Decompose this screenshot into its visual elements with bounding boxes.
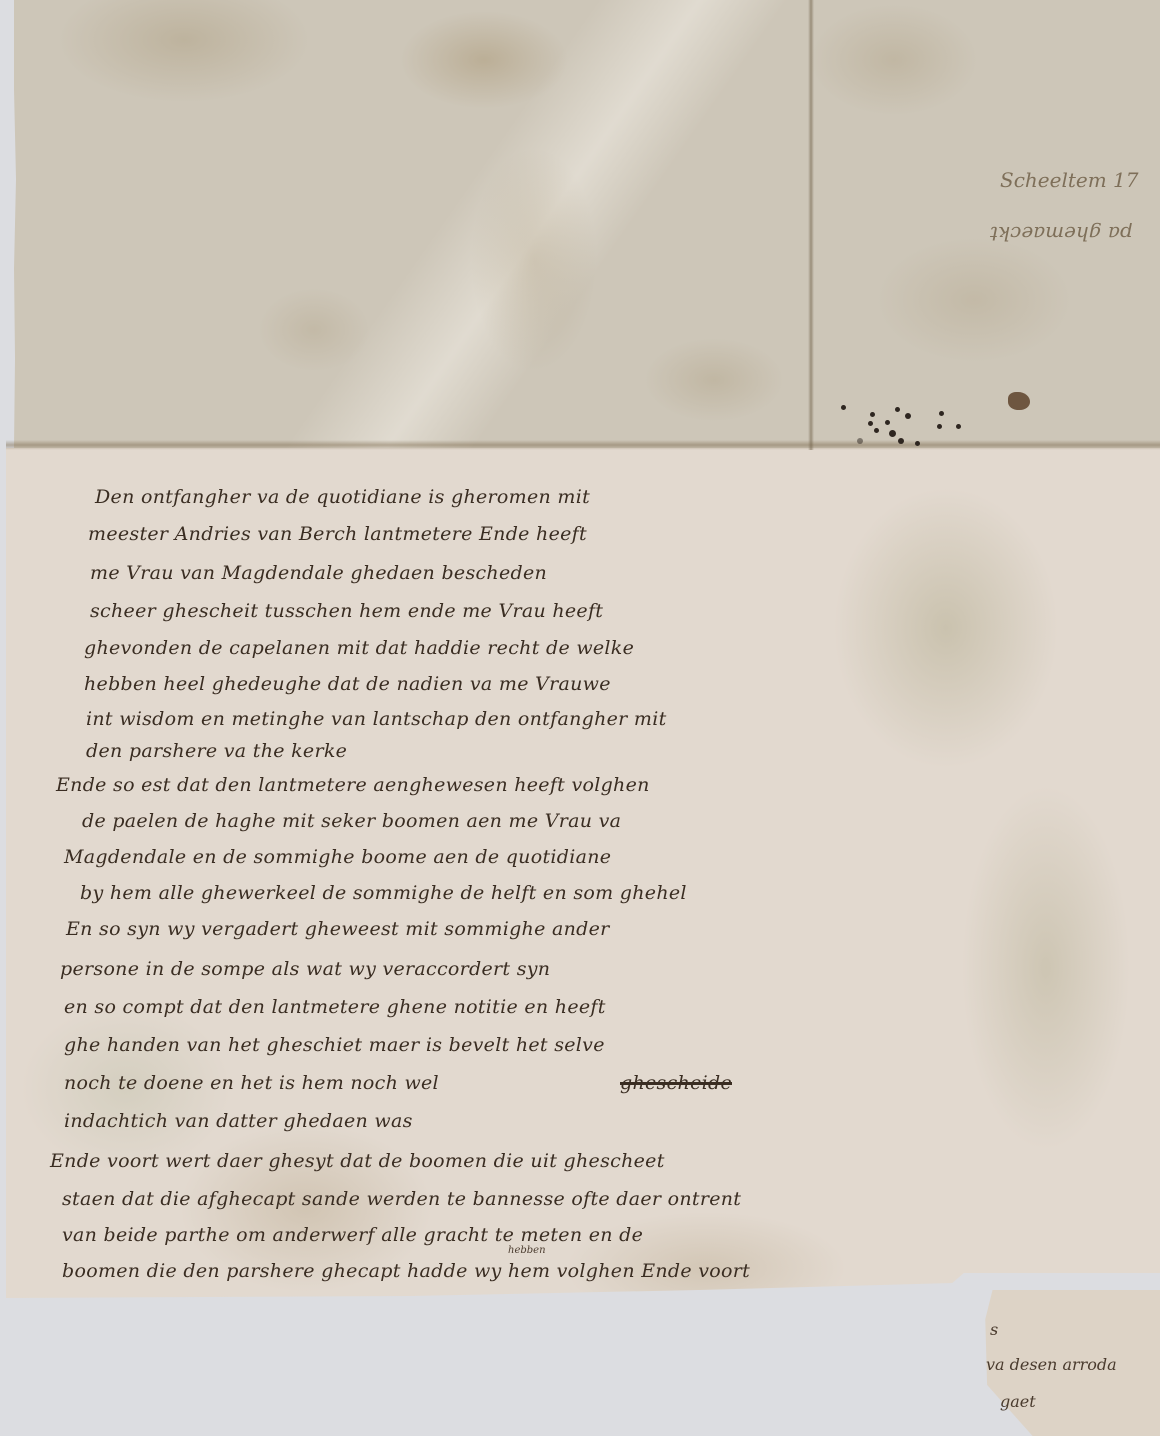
vertical-fold-line: [808, 0, 814, 450]
text-line: Ende so est dat den lantmetere aenghewes…: [56, 774, 650, 796]
text-line: me Vrau van Magdendale ghedaen bescheden: [90, 562, 547, 584]
text-line: Den ontfangher va de quotidiane is ghero…: [95, 486, 590, 508]
text-line: staen dat die afghecapt sande werden te …: [62, 1188, 741, 1210]
text-line: meester Andries van Berch lantmetere End…: [88, 523, 587, 545]
text-line: persone in de sompe als wat wy veraccord…: [60, 958, 550, 980]
text-line: int wisdom en metinghe van lantschap den…: [86, 708, 667, 730]
fragment-line: gaet: [1000, 1392, 1036, 1411]
text-line: Ende voort wert daer ghesyt dat de boome…: [50, 1150, 665, 1172]
manuscript-sheet: Scheeltem 17 pa ghemaeckt Den ontfangher…: [0, 0, 1160, 1436]
text-line: en so compt dat den lantmetere ghene not…: [64, 996, 606, 1018]
text-line: scheer ghescheit tusschen hem ende me Vr…: [90, 600, 603, 622]
brown-stain: [1008, 392, 1030, 410]
struck-word: ghescheide: [620, 1072, 732, 1094]
text-line: de paelen de haghe mit seker boomen aen …: [82, 810, 621, 832]
fragment-line: s: [990, 1320, 998, 1339]
text-line: den parshere va the kerke: [86, 740, 347, 762]
text-line: boomen die den parshere ghecapt hadde wy…: [62, 1260, 750, 1282]
text-line: Magdendale en de sommighe boome aen de q…: [64, 846, 611, 868]
text-line: En so syn wy vergadert gheweest mit somm…: [66, 918, 610, 940]
archival-annotation-line1: Scheeltem 17: [1000, 168, 1139, 192]
parchment-upper-panel: [14, 0, 1160, 448]
text-line: noch te doene en het is hem noch wel: [64, 1072, 439, 1094]
archival-annotation-line2: pa ghemaeckt: [990, 222, 1133, 246]
text-line: indachtich van datter ghedaen was: [64, 1110, 413, 1132]
text-line: ghe handen van het gheschiet maer is bev…: [64, 1034, 605, 1056]
text-line: by hem alle ghewerkeel de sommighe de he…: [80, 882, 687, 904]
text-line: hebben heel ghedeughe dat de nadien va m…: [84, 673, 611, 695]
text-line: van beide parthe om anderwerf alle grach…: [62, 1224, 643, 1246]
fragment-line: va desen arroda: [986, 1355, 1117, 1374]
horizontal-fold-line: [6, 440, 1160, 450]
text-line: ghevonden de capelanen mit dat haddie re…: [84, 637, 634, 659]
interlinear-insertion: hebben: [508, 1245, 546, 1256]
